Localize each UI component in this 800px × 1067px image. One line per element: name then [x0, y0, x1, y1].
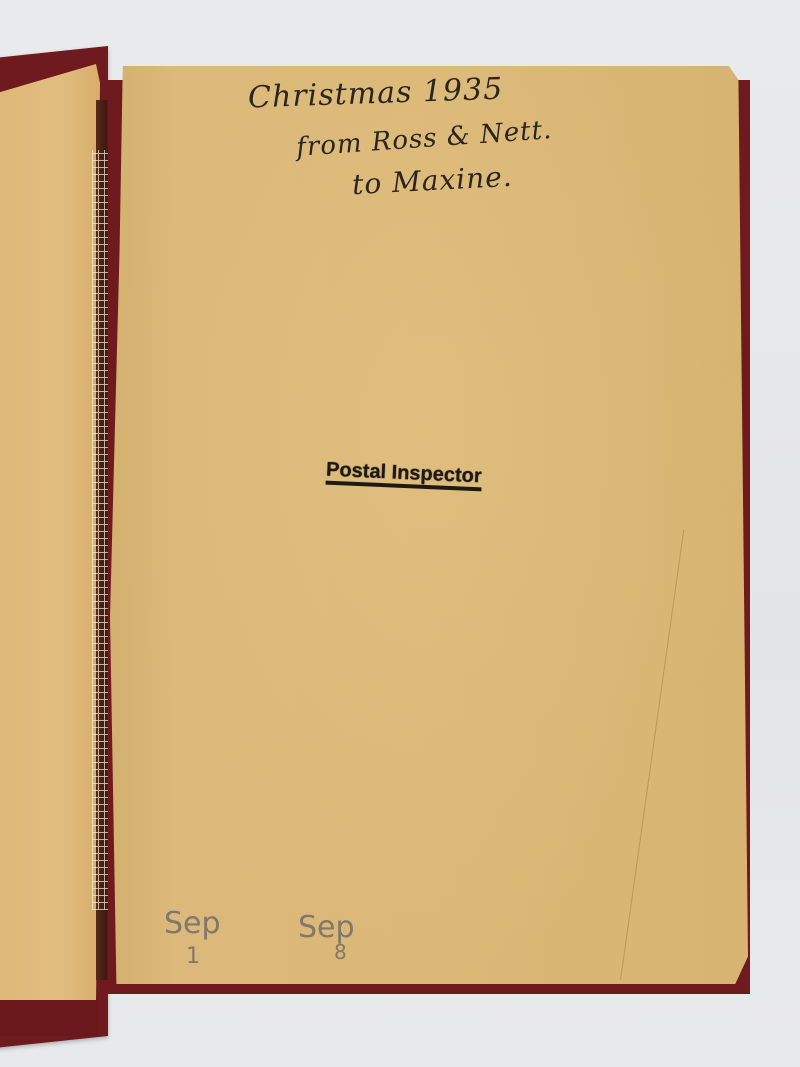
pencil-note-2-number: 8: [334, 940, 347, 964]
front-endpaper: [110, 66, 748, 984]
book-photo: Christmas 1935 from Ross & Nett. to Maxi…: [0, 0, 800, 1067]
left-cover-corner: [0, 998, 98, 1036]
pencil-note-1-number: 1: [186, 944, 200, 969]
pencil-note-1: Sep: [164, 906, 221, 941]
left-endpaper: [0, 64, 100, 1000]
